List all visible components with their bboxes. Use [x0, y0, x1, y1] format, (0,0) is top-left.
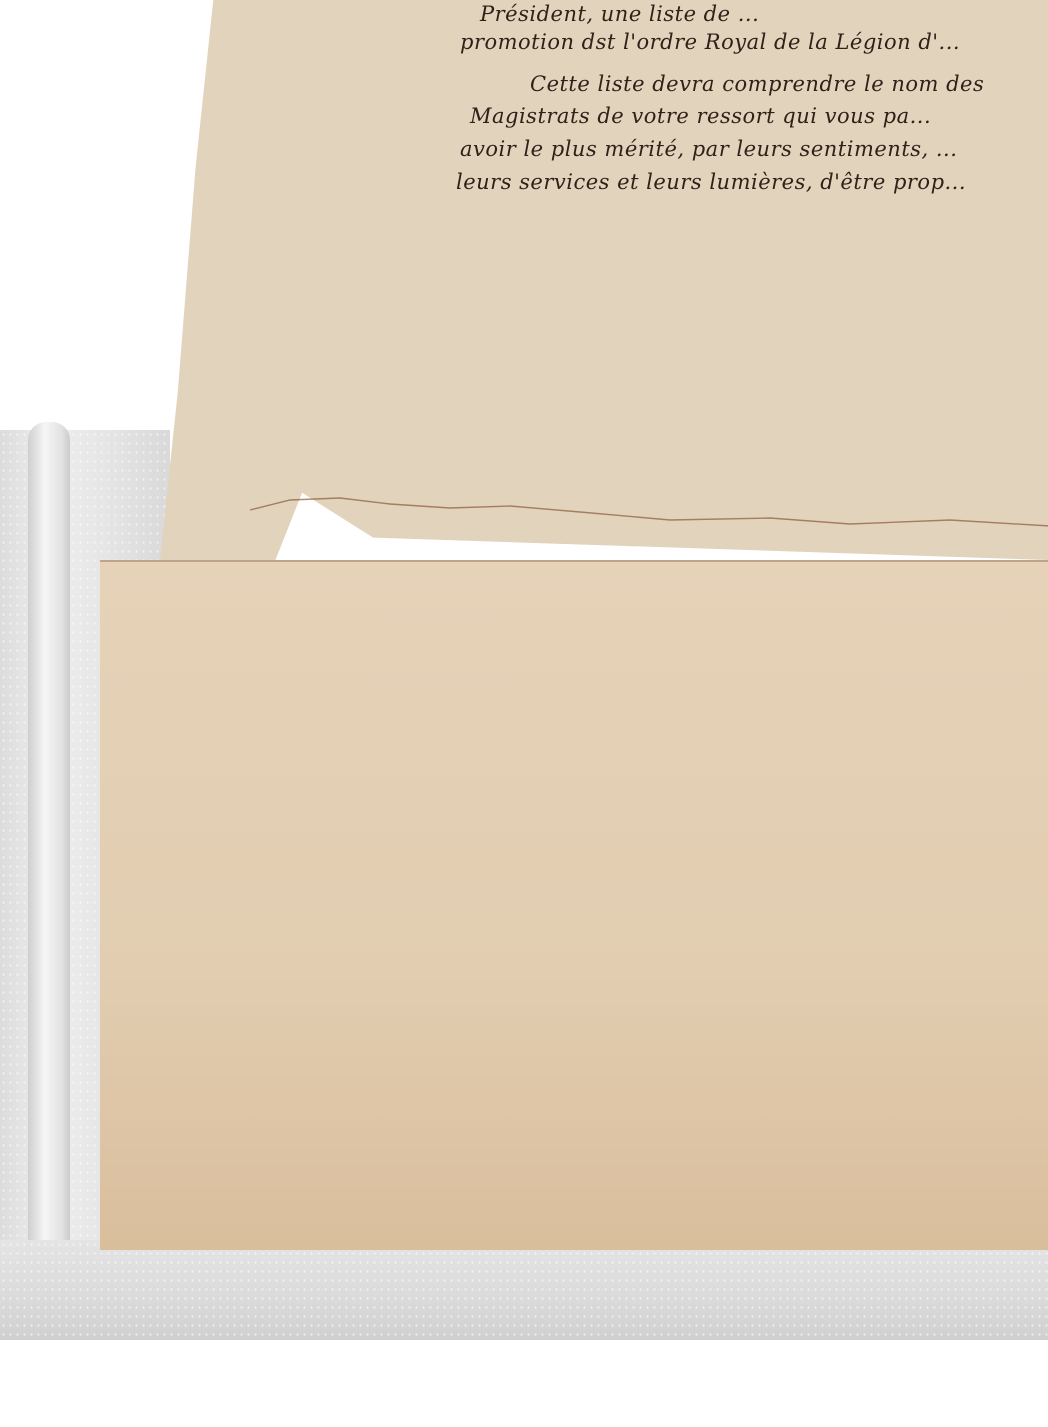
body-line: leurs services et leurs lumières, d'être…	[456, 170, 966, 194]
paper-tear-edge	[250, 490, 1048, 530]
foam-support-bottom	[0, 1240, 1048, 1340]
foam-roll	[28, 422, 70, 1322]
body-line: Cette liste devra comprendre le nom des	[530, 72, 984, 96]
body-line: avoir le plus mérité, par leurs sentimen…	[460, 137, 957, 161]
letter-lower-sheet	[100, 560, 1048, 1250]
body-line: promotion dst l'ordre Royal de la Légion…	[460, 30, 960, 54]
body-line: Magistrats de votre ressort qui vous pa.…	[470, 104, 931, 128]
body-line: Président, une liste de ...	[480, 2, 759, 26]
